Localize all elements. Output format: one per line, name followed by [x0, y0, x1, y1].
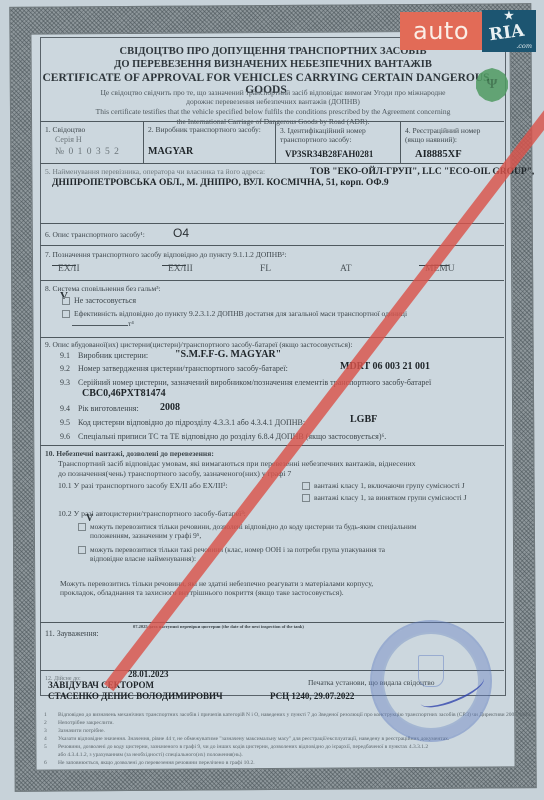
field-10-label: 10. Небезпечні вантажі, дозволені до пер…: [45, 449, 214, 458]
field-8-braking: 8. Система сповільнення без гальм³: V Не…: [40, 280, 504, 329]
field-10-2-option-specific-cont: відповідне власне найменування):: [90, 554, 196, 563]
field-6-description: 6. Опис транспортного засобу¹: O4: [40, 223, 504, 246]
field-7-option: FL: [260, 264, 271, 274]
field-8-option-efficiency[interactable]: Ефективність відповідно до пункту 9.2.3.…: [62, 309, 407, 318]
field-7-label: 7. Позначення транспортного засобу відпо…: [45, 250, 286, 259]
checkbox[interactable]: [302, 482, 310, 490]
footnote: 3Зазначити потрібне.: [44, 728, 105, 734]
title-ua-line-2: ДО ПЕРЕВЕЗЕННЯ ВИЗНАЧЕНИХ НЕБЕЗПЕЧНИХ ВА…: [41, 59, 505, 70]
field-12-date: 28.01.2023: [128, 669, 169, 679]
autoria-watermark-logo: auto ★ RIA .com: [400, 12, 536, 54]
footnote: 5Речовини, дозволені до коду цистерни, з…: [44, 744, 428, 750]
field-9-item-value: CBC0,46PXT81474: [82, 388, 166, 399]
field-2-label: 2. Виробник транспортного засобу:: [148, 125, 268, 134]
field-9-item-value: 2008: [160, 402, 180, 413]
field-8-option-not-applicable[interactable]: Не застосовується: [62, 296, 136, 305]
field-6-value: O4: [173, 226, 189, 240]
field-9-item-number: 9.1: [60, 351, 70, 360]
field-9-item-label: Код цистерни відповідно до підрозділу 4.…: [78, 418, 305, 427]
field-9-item-label: Серійний номер цистерни, зазначений виро…: [78, 378, 431, 387]
field-2-value: MAGYAR: [148, 146, 193, 157]
trident-emblem-icon: [418, 655, 444, 687]
field-12-name: СТАСЕНКО ДЕНИС ВОЛОДИМИРОВИЧ: [48, 691, 223, 701]
subtitle-en-1: This certificate testifies that the vehi…: [41, 107, 505, 116]
footnote: 2Непотрібне закреслити.: [44, 720, 114, 726]
footnote: 6Не заповнюється, якщо дозволені до пере…: [44, 760, 255, 766]
field-10-2-option-tank-code-cont: положенням, зазначеним у графі 9⁵,: [90, 531, 201, 540]
field-9-item-number: 9.4: [60, 404, 70, 413]
field-10-1-option-excl-j[interactable]: вантажі класу 1, за винятком групи суміс…: [302, 493, 467, 502]
star-icon: ★: [504, 9, 514, 22]
field-9-item-number: 9.3: [60, 378, 70, 387]
field-5-value-line2: ДНІПРОПЕТРОВСЬКА ОБЛ., М. ДНІПРО, ВУЛ. К…: [52, 178, 389, 188]
field-9-item-label: Спеціальні приписи ТС та ТЕ відповідно д…: [78, 432, 386, 441]
logo-ria-block: ★ RIA .com: [482, 10, 536, 52]
strike-through-line: [162, 265, 186, 266]
field-10-1-label: 10.1 У разі транспортного засобу EX/II а…: [58, 481, 228, 490]
field-3-vin: 3. Ідентифікаційний номер транспортного …: [275, 122, 401, 164]
field-9-item-number: 9.5: [60, 418, 70, 427]
field-10-intro-1: Транспортний засіб відповідає умовам, як…: [58, 459, 416, 468]
subtitle-ua-2: дорожнє перевезення небезпечних вантажів…: [41, 97, 505, 106]
checkbox[interactable]: [302, 494, 310, 502]
field-1-number: № 0 1 0 3 5 2: [55, 147, 120, 157]
checkbox[interactable]: [78, 523, 86, 531]
field-5-carrier: 5. Найменування перевізника, оператора ч…: [40, 163, 504, 224]
field-9-tank: 9. Опис вбудованої(их) цистерни(цистерн)…: [40, 337, 504, 446]
field-10-2-option-tank-code[interactable]: можуть перевозитися тільки речовини, доз…: [78, 522, 416, 531]
logo-auto-text: auto: [400, 12, 482, 50]
field-12-position: ЗАВІДУВАЧ СЕКТОРОМ: [48, 680, 154, 690]
field-12-issued: РСЦ 1240, 29.07.2022: [270, 691, 354, 701]
field-9-item-number: 9.6: [60, 432, 70, 441]
field-10-2-option-specific[interactable]: можуть перевозитися тільки такі речовини…: [78, 545, 385, 554]
field-9-item-label: Рік виготовлення:: [78, 404, 139, 413]
field-4-label: 4. Реєстраційний номер (якщо наявний):: [405, 126, 500, 144]
field-10-closing-2: прокладок, обладнання та захисного внутр…: [60, 588, 344, 597]
field-8-mass-unit: т⁴: [72, 319, 134, 328]
field-3-value: VP3SR34B28FAH0281: [285, 149, 373, 159]
field-1-label: 1. Свідоцтво: [45, 125, 85, 134]
checkbox[interactable]: [78, 546, 86, 554]
field-9-item-number: 9.2: [60, 364, 70, 373]
field-9-item-value: "S.M.F.F-G. MAGYAR": [175, 349, 281, 360]
checkbox[interactable]: [62, 310, 70, 318]
field-9-item-value: LGBF: [350, 414, 377, 425]
field-9-item-label: Номер затвердження цистерни/транспортног…: [78, 364, 288, 373]
field-4-registration: 4. Реєстраційний номер (якщо наявний): A…: [400, 122, 503, 164]
subtitle-ua-1: Це свідоцтво свідчить про те, що зазначе…: [41, 88, 505, 97]
field-2-manufacturer: 2. Виробник транспортного засобу: MAGYAR: [143, 122, 276, 164]
field-9-item-label: Виробник цистерни:: [78, 351, 148, 360]
field-1-certificate: 1. Свідоцтво Серія Н № 0 1 0 3 5 2: [40, 122, 144, 164]
logo-com-text: .com: [516, 42, 532, 50]
field-4-value: AI8885XF: [415, 149, 462, 160]
field-7-option: AT: [340, 264, 352, 274]
field-3-label: 3. Ідентифікаційний номер транспортного …: [280, 126, 395, 144]
field-1-series: Серія Н: [55, 135, 82, 144]
field-10-1-option-incl-j[interactable]: вантажі класу 1, включаючи групу сумісно…: [302, 481, 465, 490]
strike-through-line: [52, 265, 76, 266]
field-11-label: 11. Зауваження:: [45, 629, 99, 638]
field-9-label: 9. Опис вбудованої(их) цистерни(цистерн)…: [45, 340, 352, 349]
checkbox[interactable]: [62, 297, 70, 305]
field-5-label: 5. Найменування перевізника, оператора ч…: [45, 167, 265, 176]
row-fields-1-4: 1. Свідоцтво Серія Н № 0 1 0 3 5 2 2. Ви…: [40, 121, 504, 164]
footnote: 4Указати відповідне значення. Значення, …: [44, 736, 449, 742]
footnote: або 4.3.4.1.2, з урахуванням (за необхід…: [44, 752, 243, 758]
field-10-intro-2: до позначення(чень) транспортного засобу…: [58, 469, 291, 478]
field-10-closing-1: Можуть перевозитись тільки речовини, які…: [60, 579, 373, 588]
field-6-label: 6. Опис транспортного засобу¹:: [45, 230, 145, 239]
